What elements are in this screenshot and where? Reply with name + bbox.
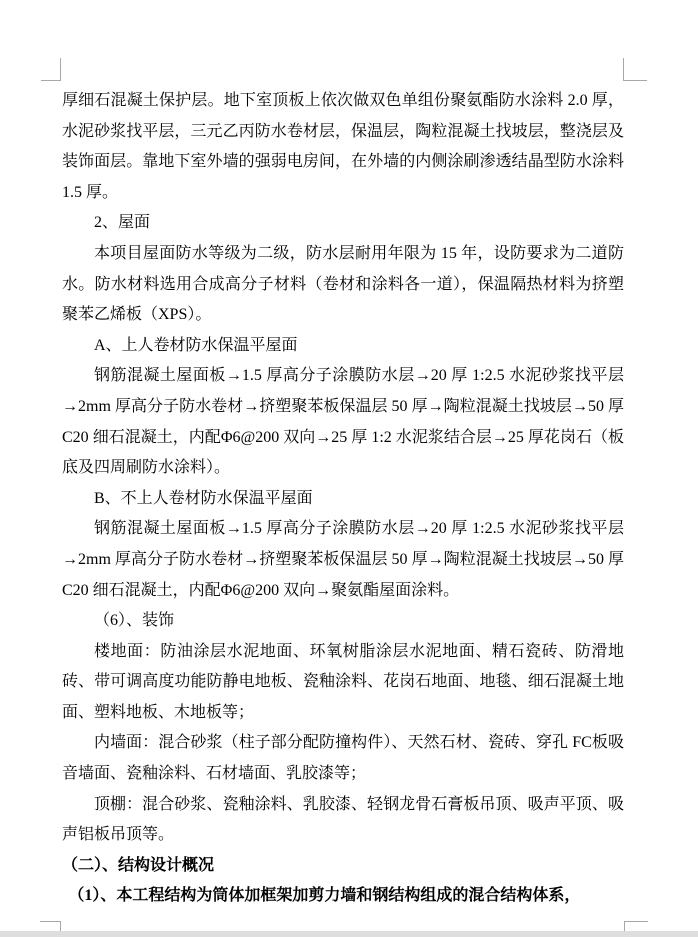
para-structure-system[interactable]: （1）、本工程结构为筒体加框架加剪力墙和钢结构组成的混合结构体系， — [62, 881, 624, 912]
heading-structure-design-overview[interactable]: （二）、结构设计概况 — [62, 851, 624, 882]
margin-crop-mark-top-right — [623, 58, 647, 81]
para-non-accessible-roof-layers[interactable]: 钢筋混凝土屋面板→1.5 厚高分子涂膜防水层→20 厚 1:2.5 水泥砂浆找平… — [62, 514, 624, 606]
heading-decoration[interactable]: （6）、装饰 — [62, 606, 624, 637]
heading-non-accessible-roof[interactable]: B、不上人卷材防水保温平屋面 — [62, 484, 624, 515]
para-interior-wall-finishes[interactable]: 内墙面：混合砂浆（柱子部分配防撞构件）、天然石材、瓷砖、穿孔 FC板吸音墙面、瓷… — [62, 728, 624, 789]
page-gap-bar — [0, 931, 698, 937]
para-ceiling-finishes[interactable]: 顶棚：混合砂浆、瓷釉涂料、乳胶漆、轻钢龙骨石膏板吊顶、吸声平顶、吸声铝板吊顶等。 — [62, 790, 624, 851]
document-page: 厚细石混凝土保护层。地下室顶板上依次做双色单组份聚氨酯防水涂料 2.0 厚，水泥… — [0, 0, 698, 937]
document-text-area[interactable]: 厚细石混凝土保护层。地下室顶板上依次做双色单组份聚氨酯防水涂料 2.0 厚，水泥… — [62, 86, 624, 912]
para-basement-roof-waterproofing[interactable]: 厚细石混凝土保护层。地下室顶板上依次做双色单组份聚氨酯防水涂料 2.0 厚，水泥… — [62, 86, 624, 208]
para-roof-waterproofing-grade[interactable]: 本项目屋面防水等级为二级，防水层耐用年限为 15 年，设防要求为二道防水。防水材… — [62, 239, 624, 331]
heading-accessible-roof[interactable]: A、上人卷材防水保温平屋面 — [62, 331, 624, 362]
para-floor-finishes[interactable]: 楼地面：防油涂层水泥地面、环氧树脂涂层水泥地面、精石瓷砖、防滑地砖、带可调高度功… — [62, 637, 624, 729]
margin-crop-mark-top-left — [41, 58, 61, 81]
para-accessible-roof-layers[interactable]: 钢筋混凝土屋面板→1.5 厚高分子涂膜防水层→20 厚 1:2.5 水泥砂浆找平… — [62, 361, 624, 483]
heading-roof[interactable]: 2、屋面 — [62, 208, 624, 239]
